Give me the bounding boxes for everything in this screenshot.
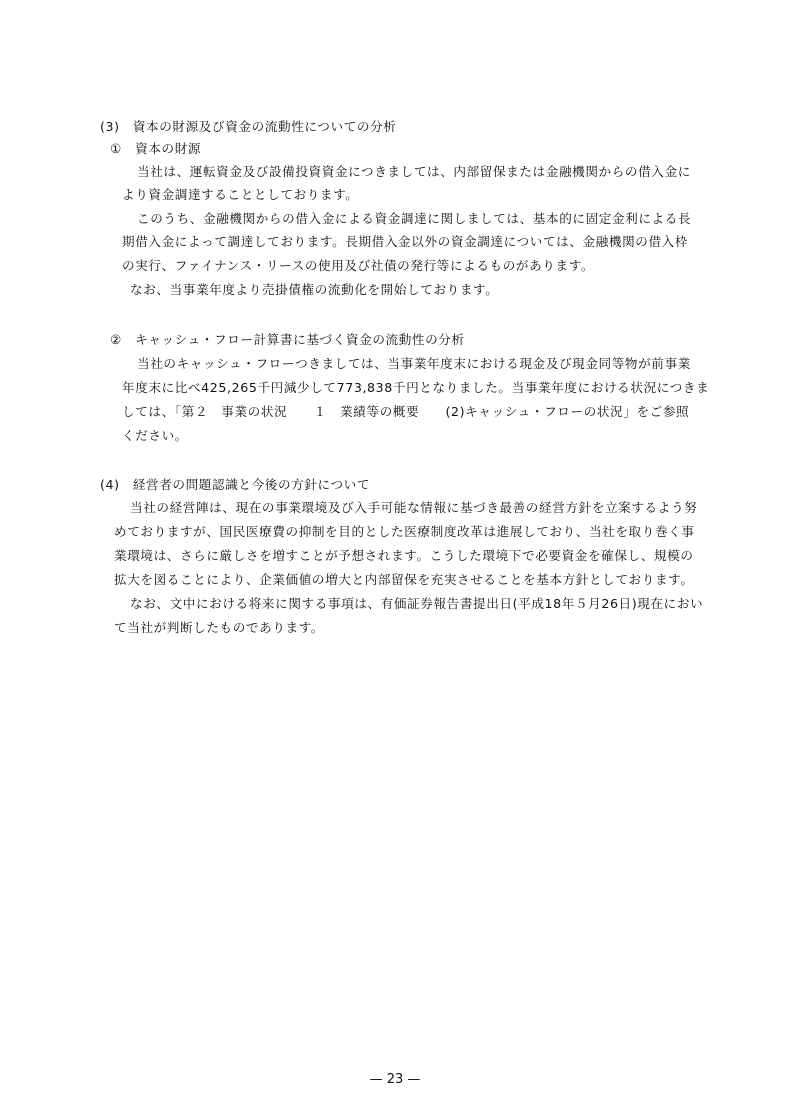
paragraph-line: 業環境は、さらに厳しさを増すことが予想されます。こうした環境下で必要資金を確保し…	[114, 548, 694, 564]
paragraph-line: の実行、ファイナンス・リースの使用及び社債の発行等によるものがあります。	[122, 258, 594, 274]
paragraph-line: めておりますが、国民医療費の抑制を目的とした医療制度改革は進展しており、当社を取…	[114, 524, 695, 540]
paragraph-line: て当社が判断したものであります。	[114, 620, 324, 636]
paragraph-line: より資金調達することとしております。	[122, 187, 358, 203]
paragraph-line: なお、当事業年度より売掛債権の流動化を開始しております。	[130, 282, 498, 298]
paragraph-line: 当社のキャッシュ・フローつきましては、当事業年度末における現金及び現金同等物が前…	[137, 356, 691, 372]
subsection-1-heading: ① 資本の財源	[110, 141, 201, 157]
paragraph-line: 年度末に比べ425,265千円減少して773,838千円となりました。当事業年度…	[122, 380, 709, 396]
paragraph-line: 拡大を図ることにより、企業価値の増大と内部留保を充実させることを基本方針としてお…	[114, 572, 694, 588]
page-number: — 23 —	[0, 1072, 790, 1087]
section-4-heading: (4) 経営者の問題認識と今後の方針について	[100, 477, 370, 493]
paragraph-line: なお、文中における将来に関する事項は、有価証券報告書提出日(平成18年５月26日…	[130, 596, 703, 612]
paragraph-line: 当社の経営陣は、現在の事業環境及び入手可能な情報に基づき最善の経営方針を立案する…	[130, 500, 697, 516]
paragraph-line: 当社は、運転資金及び設備投資資金につきましては、内部留保または金融機関からの借入…	[137, 164, 691, 180]
section-3-heading: (3) 資本の財源及び資金の流動性についての分析	[100, 119, 396, 135]
paragraph-line: 期借入金によって調達しております。長期借入金以外の資金調達については、金融機関の…	[122, 234, 688, 250]
paragraph-line: しては、「第２ 事業の状況 １ 業績等の概要 (2)キャッシュ・フローの状況」を…	[122, 404, 689, 420]
paragraph-line: ください。	[122, 428, 188, 444]
subsection-2-heading: ② キャッシュ・フロー計算書に基づく資金の流動性の分析	[110, 332, 465, 348]
paragraph-line: このうち、金融機関からの借入金による資金調達に関しましては、基本的に固定金利によ…	[137, 211, 691, 227]
